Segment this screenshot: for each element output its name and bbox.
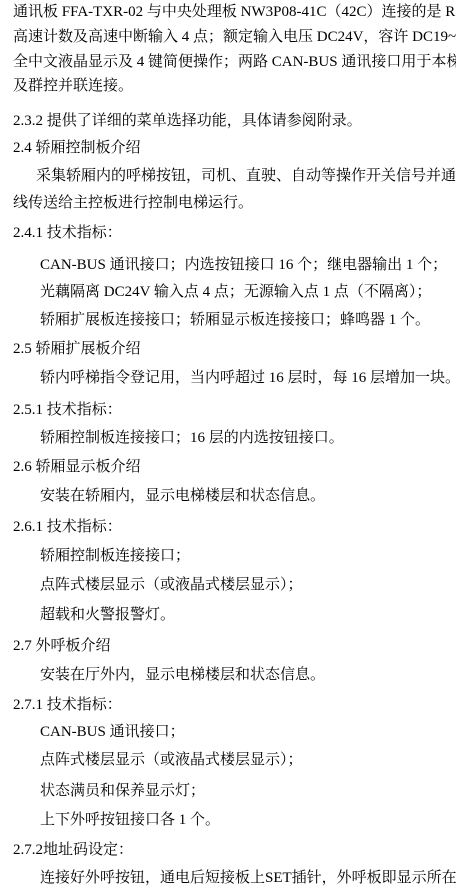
- spec-line: CAN-BUS 通讯接口；: [40, 723, 185, 741]
- heading-2-7-1: 2.7.1 技术指标：: [13, 696, 122, 714]
- spec-line: 点阵式楼层显示（或液晶式楼层显示）；: [40, 751, 303, 769]
- heading-2-6: 2.6 轿厢显示板介绍: [13, 458, 141, 476]
- heading-2-7-2: 2.7.2地址码设定：: [13, 841, 133, 859]
- spec-line: 光藕隔离 DC24V 输入点 4 点；无源输入点 1 点（不隔离）；: [40, 283, 431, 301]
- paragraph-line: 采集轿厢内的呼梯按钮，司机、直驶、自动等操作开关信号并通过 CAN 总: [36, 167, 456, 185]
- paragraph-line: 线传送给主控板进行控制电梯运行。: [13, 194, 253, 212]
- heading-2-4: 2.4 轿厢控制板介绍: [13, 139, 141, 157]
- spec-line: CAN-BUS 通讯接口；内选按钮接口 16 个；继电器输出 1 个；: [40, 256, 447, 274]
- heading-2-4-1: 2.4.1 技术指标：: [13, 224, 122, 242]
- paragraph-line: 安装在厅外内，显示电梯楼层和状态信息。: [40, 666, 325, 684]
- spec-line: 轿厢控制板连接接口；: [40, 547, 190, 565]
- paragraph-line: 通讯板 FFA-TXR-02 与中央处理板 NW3P08-41C（42C）连接的…: [13, 3, 456, 21]
- document-page: 通讯板 FFA-TXR-02 与中央处理板 NW3P08-41C（42C）连接的…: [0, 0, 456, 892]
- heading-2-5: 2.5 轿厢扩展板介绍: [13, 340, 141, 358]
- heading-2-7: 2.7 外呼板介绍: [13, 637, 111, 655]
- spec-line: 超载和火警报警灯。: [40, 606, 175, 624]
- spec-line: 上下外呼按钮接口各 1 个。: [40, 811, 220, 829]
- spec-line: 状态满员和保养显示灯；: [40, 782, 205, 800]
- spec-line: 点阵式楼层显示（或液晶式楼层显示）；: [40, 576, 303, 594]
- spec-line: 轿厢控制板连接接口；16 层的内选按钮接口。: [40, 429, 344, 447]
- paragraph-line: 及群控并联连接。: [13, 77, 133, 95]
- paragraph-line: 高速计数及高速中断输入 4 点；额定输入电压 DC24V，容许 DC19~30V…: [13, 28, 456, 46]
- paragraph-line: 轿内呼梯指令登记用，当内呼超过 16 层时，每 16 层增加一块。: [40, 369, 456, 387]
- heading-2-5-1: 2.5.1 技术指标：: [13, 401, 122, 419]
- spec-line: 轿厢扩展板连接接口；轿厢显示板连接接口；蜂鸣器 1 个。: [40, 311, 430, 329]
- heading-2-3-2: 2.3.2 提供了详细的菜单选择功能，具体请参阅附录。: [13, 112, 362, 130]
- paragraph-line: 安装在轿厢内，显示电梯楼层和状态信息。: [40, 487, 325, 505]
- paragraph-line: 连接好外呼按钮，通电后短接板上SET插针，外呼板即显示所在楼层，分: [40, 869, 456, 887]
- heading-2-6-1: 2.6.1 技术指标：: [13, 518, 122, 536]
- paragraph-line: 全中文液晶显示及 4 键简便操作；两路 CAN-BUS 通讯接口用于本梯模块连接: [13, 53, 456, 71]
